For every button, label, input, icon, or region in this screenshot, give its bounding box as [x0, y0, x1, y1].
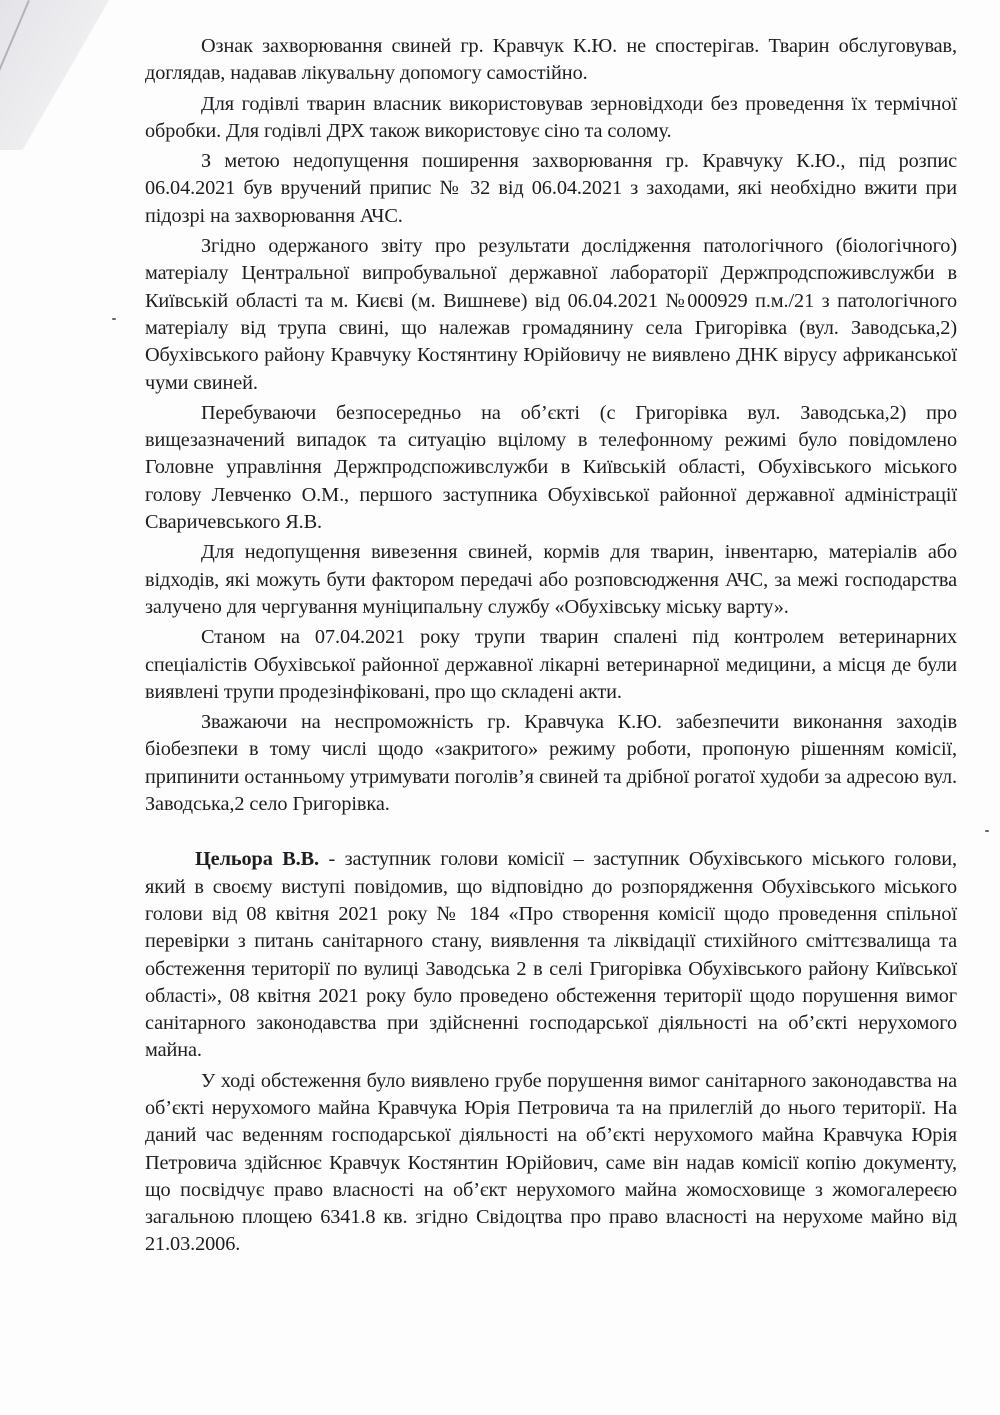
paragraph-feeding: Для годівлі тварин власник використовува… [145, 91, 957, 146]
paragraph-symptoms: Ознак захворювання свиней гр. Кравчук К.… [145, 33, 957, 88]
folded-corner-edge [0, 0, 30, 148]
paragraph-speaker-statement: Цельора В.В. - заступник голови комісії … [145, 846, 957, 1064]
paragraph-prescription: З метою недопущення поширення захворюван… [145, 148, 957, 230]
document-body: Ознак захворювання свиней гр. Кравчук К.… [145, 33, 957, 1262]
speaker-name: Цельора В.В. [195, 848, 319, 870]
paragraph-proposal: Зважаючи на неспроможність гр. Кравчука … [145, 709, 957, 818]
paragraph-lab-report: Згідно одержаного звіту про результати д… [145, 233, 957, 397]
folded-corner-shadow [0, 0, 110, 150]
scan-speck [985, 830, 989, 832]
scanned-document-page: Ознак захворювання свиней гр. Кравчук К.… [0, 0, 1000, 1415]
paragraph-guard-service: Для недопущення вивезення свиней, кормів… [145, 539, 957, 621]
scan-speck [112, 318, 116, 320]
paragraph-notification: Перебуваючи безпосередньо на об’єкті (с … [145, 400, 957, 536]
paragraph-carcass-disposal: Станом на 07.04.2021 року трупи тварин с… [145, 624, 957, 706]
paragraph-inspection-findings: У ході обстеження було виявлено грубе по… [145, 1068, 957, 1259]
speaker-text: - заступник голови комісії – заступник О… [145, 848, 957, 1061]
